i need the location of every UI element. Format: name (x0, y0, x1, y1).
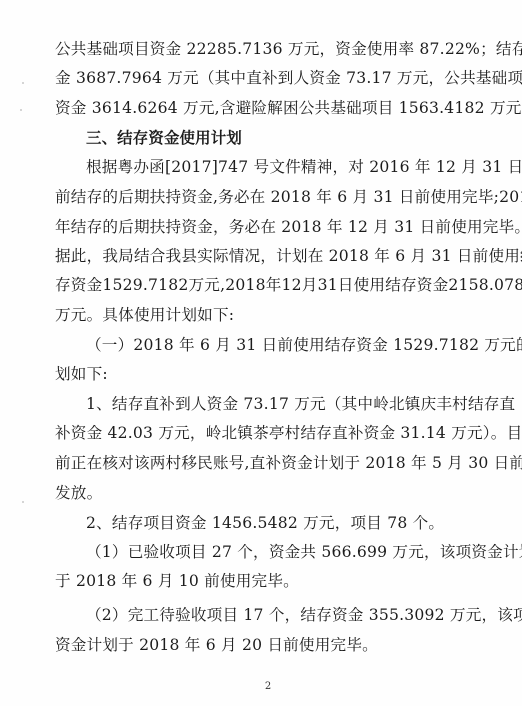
paragraph-line: 据此，我局结合我县实际情况，计划在 2018 年 6 月 31 日前使用结 (55, 245, 481, 267)
list-item-line: 2、结存项目资金 1456.5482 万元，项目 78 个。 (86, 512, 481, 534)
scan-speck (22, 82, 24, 84)
list-item-line: （1）已验收项目 27 个，资金共 566.699 万元，该项资金计划 (86, 541, 481, 563)
list-item-line: 发放。 (55, 482, 481, 504)
scan-speck (20, 109, 22, 111)
list-item-line: 前正在核对该两村移民账号,直补资金计划于 2018 年 5 月 30 日前 (55, 452, 481, 474)
list-item-line: （2）完工待验收项目 17 个，结存资金 355.3092 万元，该项 (86, 604, 481, 626)
list-item-line: 1、结存直补到人资金 73.17 万元（其中岭北镇庆丰村结存直 (86, 393, 481, 415)
section-heading: 三、结存资金使用计划 (86, 127, 481, 149)
paragraph-line: 根据粤办函[2017]747 号文件精神，对 2016 年 12 月 31 日以 (86, 156, 481, 178)
list-item-line: 资金计划于 2018 年 6 月 20 日前使用完毕。 (55, 634, 481, 656)
scan-speck (22, 501, 24, 503)
paragraph-line: 存资金1529.7182万元,2018年12月31日使用结存资金2158.078… (55, 274, 481, 296)
paragraph-line: 金 3687.7964 万元（其中直补到人资金 73.17 万元，公共基础项目 (55, 67, 481, 89)
paragraph-line: 万元。具体使用计划如下: (55, 304, 481, 326)
paragraph-line: 前结存的后期扶持资金,务必在 2018 年 6 月 31 日前使用完毕;2017 (55, 186, 481, 208)
page-number: 2 (262, 680, 274, 694)
document-page: 公共基础项目资金 22285.7136 万元，资金使用率 87.22%；结存资 … (0, 0, 522, 706)
paragraph-line: 资金 3614.6264 万元,含避险解困公共基础项目 1563.4182 万元… (55, 97, 481, 119)
subsection-line: （一）2018 年 6 月 31 日前使用结存资金 1529.7182 万元的计 (86, 334, 481, 356)
subsection-line: 划如下: (55, 363, 481, 385)
list-item-line: 于 2018 年 6 月 10 前使用完毕。 (55, 570, 481, 592)
paragraph-line: 公共基础项目资金 22285.7136 万元，资金使用率 87.22%；结存资 (55, 38, 481, 60)
list-item-line: 补资金 42.03 万元，岭北镇茶亭村结存直补资金 31.14 万元）。目 (55, 422, 481, 444)
paragraph-line: 年结存的后期扶持资金，务必在 2018 年 12 月 31 日前使用完毕。 (55, 216, 481, 238)
